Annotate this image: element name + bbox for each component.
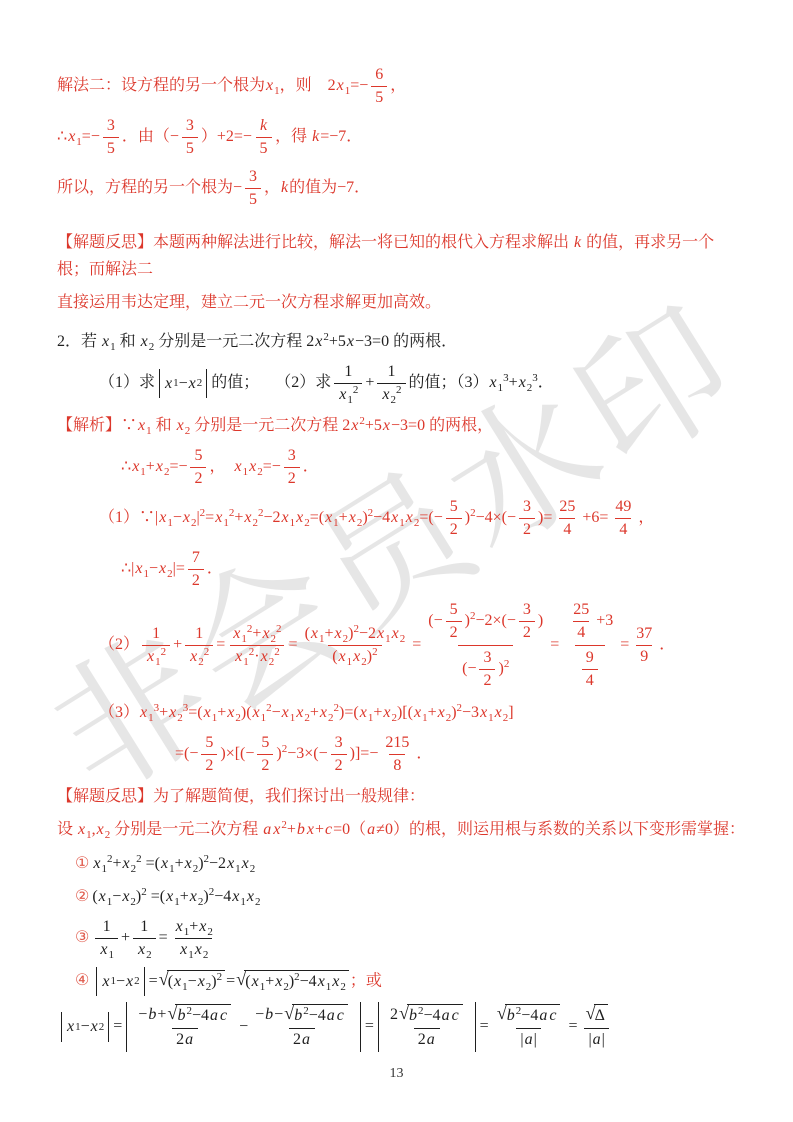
math-variable: x: [261, 625, 270, 642]
fraction-denominator: x12: [334, 383, 362, 405]
fraction-denominator: 4: [573, 621, 589, 643]
subscript: 2: [340, 981, 346, 993]
absolute-value: x1−x2: [159, 369, 207, 398]
superscript: 2: [136, 853, 142, 865]
math-variable: x: [252, 704, 261, 721]
fraction-denominator: 2: [188, 569, 204, 591]
subscript: 1: [169, 863, 175, 875]
math-variable: x: [214, 509, 223, 526]
fraction: 35: [103, 116, 119, 159]
fraction: 254+394: [562, 599, 617, 692]
fraction-denominator: 2: [446, 518, 462, 540]
math-variable: x: [391, 625, 400, 642]
fraction-numerator: 1: [148, 624, 164, 645]
math-variable: x: [197, 973, 206, 990]
document-body: 解法二：设方程的另一个根为x1，则 2x1=−65，∴x1=−35．由（−35）…: [57, 64, 745, 1063]
square-root: √(x1−x2)2: [159, 970, 226, 993]
math-variable: x: [234, 648, 243, 665]
reflection2-intro: 【解题反思】为了解题简便，我们探讨出一般规律：: [57, 783, 745, 810]
fraction: 1x2: [133, 917, 156, 960]
math-variable: c: [219, 1007, 228, 1024]
math-variable: b: [408, 1007, 418, 1024]
subscript: 1: [86, 829, 92, 841]
fraction: −b+√b2−4ac2a: [134, 1004, 236, 1050]
reflection1-line2: 直接运用韦达定理，建立二元一次方程求解更加高效。: [57, 289, 745, 316]
math-variable: a: [524, 1031, 534, 1048]
math-variable: x: [96, 821, 105, 838]
fraction: 52: [201, 733, 217, 776]
math-variable: c: [548, 1007, 557, 1024]
math-variable: x: [336, 77, 345, 94]
fraction-denominator: 2: [284, 467, 300, 489]
subscript: 2: [304, 517, 310, 529]
superscript: 2: [209, 886, 215, 898]
math-variable: x: [146, 648, 155, 665]
fraction-numerator: √Δ: [580, 1004, 612, 1028]
fraction-numerator: 1: [191, 624, 207, 645]
subscript: 2: [207, 926, 213, 938]
circled-number: ③: [75, 929, 89, 946]
superscript: 2: [470, 507, 476, 519]
math-variable: x: [175, 918, 184, 935]
fraction-denominator: 2a: [289, 1028, 315, 1050]
fraction: (x1+x2)2−2x1x2(x1x2)2: [301, 624, 410, 667]
fraction-numerator: 37: [632, 624, 656, 645]
superscript: 2: [334, 702, 340, 714]
subscript: 1: [110, 341, 116, 353]
superscript: 2: [200, 507, 206, 519]
subscript: 1: [188, 949, 194, 961]
subscript: 1: [174, 896, 180, 908]
subscript: 2: [400, 633, 406, 645]
subscript: 1: [140, 466, 146, 478]
math-variable: x: [140, 333, 149, 350]
math-variable: x: [359, 704, 368, 721]
superscript: 2: [204, 853, 210, 865]
fraction-numerator: 25: [555, 497, 579, 518]
superscript: 3: [154, 702, 160, 714]
subscript: 2: [105, 829, 111, 841]
fraction-denominator: 8: [389, 754, 405, 776]
fraction: 254: [555, 497, 579, 540]
math-variable: x: [281, 704, 290, 721]
fraction-numerator: −b−√b2−4ac: [251, 1004, 353, 1028]
superscript: 2: [372, 646, 378, 658]
math-variable: x: [176, 417, 185, 434]
superscript: 3: [532, 372, 538, 384]
fraction: 32: [331, 733, 347, 776]
square-root: √b2−4ac: [284, 1004, 348, 1027]
subscript: 1: [399, 517, 405, 529]
subscript: 2: [203, 949, 209, 961]
math-variable: x: [405, 509, 414, 526]
subscript: 2: [149, 341, 155, 353]
math-variable: x: [310, 625, 319, 642]
math-variable: x: [134, 560, 143, 577]
subscript: 1: [76, 136, 82, 148]
superscript: 2: [141, 886, 147, 898]
problem2-questions: （1）求x1−x2的值； （2）求1x12+1x22的值；（3）x13+x23．: [99, 361, 745, 406]
fraction-denominator: 2: [519, 621, 535, 643]
math-variable: x: [489, 374, 498, 391]
fraction-denominator: (x1x2)2: [328, 645, 381, 667]
fraction: x1+x2x1x2: [171, 917, 217, 960]
fraction: 494: [611, 497, 635, 540]
math-variable: x: [518, 374, 527, 391]
part3-answer: =(−52)×[(−52)2−3×(−32)]=−2158．: [175, 732, 745, 777]
subscript: 2: [255, 896, 261, 908]
math-variable: x: [173, 973, 182, 990]
fraction: 94: [582, 648, 598, 691]
superscript: 2: [204, 646, 210, 658]
fraction-numerator: 3: [284, 446, 300, 467]
subscript: 1: [184, 926, 190, 938]
fraction-numerator: x12+x22: [228, 624, 285, 645]
fraction: 72: [188, 548, 204, 591]
math-variable: x: [334, 625, 343, 642]
fraction: 1x22: [185, 624, 213, 667]
formula-4-expanded: x1−x2=−b+√b2−4ac2a−−b−√b2−4ac2a=2√b2−4ac…: [57, 1002, 745, 1052]
superscript: 2: [274, 646, 280, 658]
solution2-step: ∴x1=−35．由（−35）+2=−k5，得 k=−7．: [57, 115, 745, 160]
math-variable: x: [251, 973, 260, 990]
superscript: 2: [504, 658, 510, 670]
math-variable: x: [155, 458, 164, 475]
math-variable: x: [164, 370, 173, 397]
part2-derivation: （2）1x12+1x22=x12+x22x12·x22=(x1+x2)2−2x1…: [99, 598, 745, 693]
subscript: 1: [182, 981, 188, 993]
subscript: 2: [146, 949, 152, 961]
math-variable: b: [264, 1006, 274, 1023]
superscript: 3: [183, 702, 189, 714]
math-variable: x: [234, 458, 243, 475]
problem2-statement: 2．若 x1 和 x2 分别是一元二次方程 2x2+5x−3=0 的两根．: [57, 328, 745, 355]
math-variable: x: [319, 704, 328, 721]
math-variable: x: [280, 509, 289, 526]
general-rule-setup: 设 x1,x2 分别是一元二次方程 ax2+bx+c=0（a≠0）的根，则运用根…: [57, 816, 745, 843]
superscript: 2: [303, 1005, 309, 1017]
math-variable: x: [131, 458, 140, 475]
fraction-denominator: 2a: [172, 1028, 198, 1050]
math-variable: x: [314, 333, 323, 350]
math-variable: x: [101, 968, 110, 995]
fraction-numerator: 215: [381, 733, 413, 754]
math-variable: k: [573, 234, 582, 251]
reflection1-line1: 【解题反思】本题两种解法进行比较，解法一将已知的根代入方程求解出 k 的值，再求…: [57, 229, 745, 283]
fraction: 32: [519, 497, 535, 540]
superscript: 2: [107, 853, 113, 865]
absolute-value: x1−x2: [61, 1012, 109, 1041]
solution2-intro: 解法二：设方程的另一个根为x1，则 2x1=−65，: [57, 64, 745, 109]
formula-3: ③1x1+1x2=x1+x2x1x2: [75, 916, 745, 961]
subscript: 2: [446, 712, 452, 724]
math-variable: x: [158, 560, 167, 577]
fraction-numerator: 9: [582, 648, 598, 669]
superscript: 2: [266, 702, 272, 714]
fraction-numerator: 25: [569, 600, 593, 621]
subscript: 2: [198, 896, 204, 908]
superscript: 2: [186, 1005, 192, 1017]
fraction-numerator: 3: [331, 733, 347, 754]
subscript: 1: [167, 517, 173, 529]
part3-derivation: （3）x13+x23=(x1+x2)(x12−x1x2+x22)=(x1+x2)…: [99, 699, 745, 726]
page-number: 13: [0, 1066, 793, 1082]
math-variable: a: [184, 1031, 194, 1048]
fraction-numerator: 254+3: [562, 599, 617, 645]
math-variable: x: [158, 509, 167, 526]
math-variable: x: [189, 888, 198, 905]
subscript: 2: [503, 712, 509, 724]
fraction-numerator: 5: [446, 497, 462, 518]
superscript: 2: [359, 415, 365, 427]
math-variable: k: [259, 117, 268, 134]
superscript: 2: [353, 623, 359, 635]
math-variable: c: [324, 821, 333, 838]
subscript: 1: [488, 712, 494, 724]
math-variable: x: [184, 855, 193, 872]
fraction: 35: [245, 167, 261, 210]
subscript: 1: [260, 981, 266, 993]
fraction-numerator: (x1+x2)2−2x1x2: [301, 624, 410, 645]
subscript: 1: [240, 896, 246, 908]
fraction: (−52)2−2×(−32)(−32)2: [424, 599, 547, 692]
math-variable: x: [265, 77, 274, 94]
math-variable: x: [350, 417, 359, 434]
fraction: 52: [446, 497, 462, 540]
math-variable: x: [479, 704, 488, 721]
math-variable: x: [66, 1013, 75, 1040]
circled-number: ②: [75, 888, 89, 905]
fraction: √b2−4ac|a|: [492, 1004, 566, 1050]
fraction-denominator: 2: [446, 621, 462, 643]
fraction: 52: [446, 600, 462, 643]
superscript: 2: [470, 610, 476, 622]
math-variable: x: [494, 704, 503, 721]
document-page: 非会员水印 解法二：设方程的另一个根为x1，则 2x1=−65，∴x1=−35．…: [0, 0, 793, 1122]
subscript: 2: [357, 517, 363, 529]
fraction-numerator: −b+√b2−4ac: [134, 1004, 236, 1028]
fraction-denominator: 94: [575, 645, 605, 692]
math-variable: x: [160, 855, 169, 872]
subscript: 2: [250, 863, 256, 875]
math-variable: x: [67, 128, 76, 145]
math-variable: x: [182, 509, 191, 526]
formula-1: ①x12+x22 =(x1+x2)2−2x1x2: [75, 850, 745, 877]
absolute-value: 2√b2−4ac2a: [378, 1002, 476, 1052]
fraction-numerator: 3: [479, 648, 495, 669]
fraction-denominator: |a|: [516, 1028, 540, 1050]
math-variable: x: [194, 941, 203, 958]
superscript: 2: [282, 743, 288, 755]
subscript: 2: [257, 466, 263, 478]
subscript: 2: [130, 896, 136, 908]
superscript: 2: [396, 384, 402, 396]
fraction: 32: [284, 446, 300, 489]
radicand: (x1−x2)2: [167, 970, 225, 993]
subscript: 1: [107, 896, 113, 908]
math-variable: a: [592, 1031, 602, 1048]
fraction-numerator: 2√b2−4ac: [386, 1004, 468, 1028]
fraction-denominator: x12·x22: [230, 645, 284, 667]
subscript: 1: [319, 633, 325, 645]
subscript: 2: [185, 425, 191, 437]
subscript: 1: [274, 85, 280, 97]
math-variable: x: [137, 417, 146, 434]
math-variable: x: [295, 509, 304, 526]
fraction: 1x12: [334, 362, 362, 405]
math-variable: x: [390, 509, 399, 526]
subscript: 2: [343, 633, 349, 645]
superscript: 2: [161, 646, 167, 658]
superscript: 2: [217, 971, 223, 983]
fraction-numerator: 3: [103, 116, 119, 137]
math-variable: x: [346, 333, 355, 350]
fraction: k5: [255, 116, 272, 159]
fraction-denominator: x22: [377, 383, 405, 405]
square-root: √b2−4ac: [167, 1004, 231, 1027]
absolute-value: −b+√b2−4ac2a−−b−√b2−4ac2a: [126, 1002, 361, 1052]
subscript: 1: [422, 712, 428, 724]
superscript: 3: [503, 372, 509, 384]
subscript: 2: [206, 981, 212, 993]
superscript: 2: [249, 646, 255, 658]
math-variable: x: [348, 509, 357, 526]
fraction-numerator: (−52)2−2×(−32): [424, 599, 547, 645]
math-variable: x: [139, 704, 148, 721]
math-variable: x: [188, 370, 197, 397]
math-variable: a: [326, 1007, 336, 1024]
math-variable: b: [176, 1007, 186, 1024]
math-variable: x: [324, 509, 333, 526]
subscript: 2: [167, 568, 173, 580]
subscript: 1: [212, 712, 218, 724]
math-variable: a: [426, 1031, 436, 1048]
math-variable: x: [231, 888, 240, 905]
math-variable: x: [226, 704, 235, 721]
math-variable: x: [203, 704, 212, 721]
math-variable: a: [366, 821, 376, 838]
subscript: 1: [333, 517, 339, 529]
math-variable: x: [381, 386, 390, 403]
fraction-denominator: 5: [245, 188, 261, 210]
fraction-denominator: 2: [479, 669, 495, 691]
fraction: 35: [182, 116, 198, 159]
fraction-numerator: 3: [245, 167, 261, 188]
fraction: 52: [257, 733, 273, 776]
fraction-denominator: 2: [257, 754, 273, 776]
subscript: 2: [391, 712, 397, 724]
math-variable: x: [437, 704, 446, 721]
fraction-denominator: 4: [559, 518, 575, 540]
fraction-denominator: x1x2: [175, 938, 212, 960]
square-root: √b2−4ac: [497, 1004, 561, 1027]
fraction-numerator: 3: [519, 600, 535, 621]
subscript: 2: [164, 466, 170, 478]
analysis-vieta: ∴x1+x2=−52， x1x2=−32．: [121, 445, 745, 490]
math-variable: x: [248, 458, 257, 475]
math-variable: x: [179, 941, 188, 958]
math-variable: x: [382, 417, 391, 434]
fraction: √Δ|a|: [580, 1004, 612, 1050]
superscript: 2: [294, 971, 300, 983]
math-variable: x: [246, 888, 255, 905]
radicand: b2−4ac: [505, 1004, 561, 1027]
fraction-denominator: 5: [371, 86, 387, 108]
math-variable: c: [451, 1007, 460, 1024]
superscript: 2: [418, 1005, 424, 1017]
math-variable: a: [301, 1031, 311, 1048]
math-variable: k: [280, 179, 289, 196]
subscript: 2: [414, 517, 420, 529]
fraction-denominator: 5: [103, 137, 119, 159]
fraction: 2158: [381, 733, 413, 776]
fraction: 254: [569, 600, 593, 643]
math-variable: x: [274, 973, 283, 990]
math-variable: a: [441, 1007, 451, 1024]
fraction: 65: [371, 65, 387, 108]
math-variable: x: [376, 625, 385, 642]
fraction-numerator: 3: [519, 497, 535, 518]
fraction-denominator: 5: [256, 137, 272, 159]
fraction-numerator: 1: [136, 917, 152, 938]
math-variable: b: [506, 1007, 516, 1024]
superscript: 2: [229, 507, 235, 519]
fraction-numerator: 49: [611, 497, 635, 518]
fraction: 2√b2−4ac2a: [386, 1004, 468, 1050]
fraction-denominator: 2: [519, 518, 535, 540]
fraction: 379: [632, 624, 656, 667]
fraction-numerator: 5: [190, 446, 206, 467]
square-root: √b2−4ac: [399, 1004, 463, 1027]
fraction-denominator: x12: [142, 645, 170, 667]
fraction-denominator: x2: [133, 938, 156, 960]
math-variable: x: [306, 821, 315, 838]
fraction-numerator: √b2−4ac: [492, 1004, 566, 1028]
math-variable: x: [137, 941, 146, 958]
math-variable: a: [209, 1007, 219, 1024]
fraction-denominator: 2: [190, 467, 206, 489]
math-variable: x: [338, 648, 347, 665]
square-root: √Δ: [585, 1004, 607, 1027]
math-variable: a: [262, 821, 272, 838]
part1-derivation: （1）∵|x1−x2|2=x12+x22−2x1x2=(x1+x2)2−4x1x…: [99, 496, 745, 541]
radicand: (x1+x2)2−4x1x2: [244, 970, 349, 993]
math-variable: x: [77, 821, 86, 838]
math-variable: x: [125, 968, 134, 995]
math-variable: b: [296, 821, 306, 838]
red-text-run: ；或: [350, 972, 382, 989]
fraction-denominator: x22: [185, 645, 213, 667]
subscript: 2: [191, 517, 197, 529]
fraction-denominator: 2a: [414, 1028, 440, 1050]
math-variable: x: [317, 973, 326, 990]
math-variable: x: [241, 855, 250, 872]
formula-2: ②(x1−x2)2 =(x1+x2)2−4x1x2: [75, 883, 745, 910]
circled-number: ④: [75, 972, 89, 989]
math-variable: k: [311, 128, 320, 145]
math-variable: x: [121, 855, 130, 872]
radicand: b2−4ac: [292, 1004, 348, 1027]
solution2-conclusion: 所以，方程的另一个根为−35，k的值为−7．: [57, 166, 745, 211]
fraction-numerator: 1: [99, 917, 115, 938]
math-variable: x: [165, 888, 174, 905]
subscript: 2: [193, 863, 199, 875]
subscript: 1: [385, 633, 391, 645]
math-variable: a: [538, 1007, 548, 1024]
fraction-denominator: 4: [582, 669, 598, 691]
fraction-numerator: 1: [340, 362, 356, 383]
fraction: 1x1: [95, 917, 118, 960]
